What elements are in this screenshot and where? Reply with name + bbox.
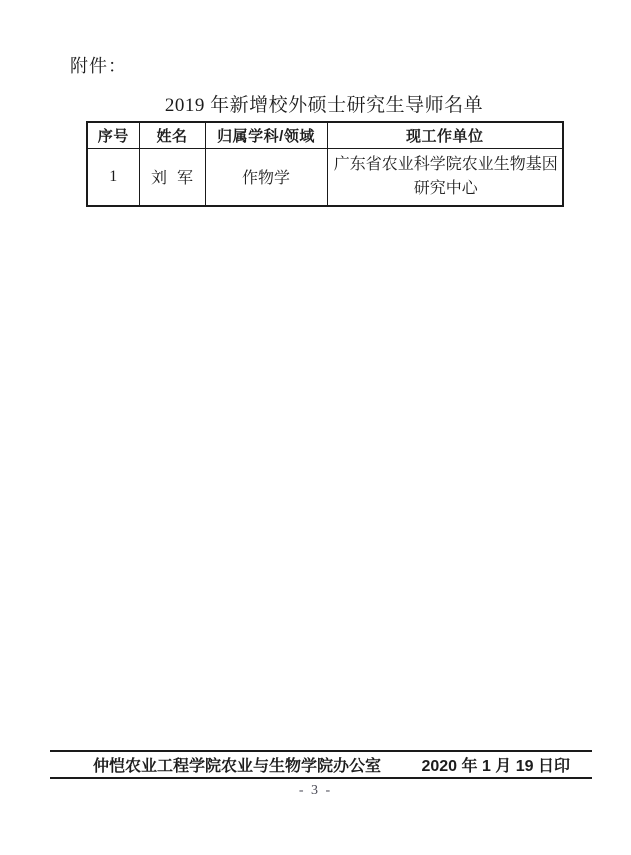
cell-serial-number: 1 (87, 148, 139, 206)
header-no: 序号 (87, 122, 139, 148)
cell-discipline: 作物学 (205, 148, 327, 206)
page-number: - 3 - (0, 783, 631, 799)
footer-office-name: 仲恺农业工程学院农业与生物学院办公室 (93, 753, 381, 776)
header-field: 归属学科/领域 (205, 122, 327, 148)
table-header-row: 序号 姓名 归属学科/领域 现工作单位 (87, 122, 563, 148)
footer-print-date: 2020 年 1 月 19 日印 (421, 753, 570, 776)
header-unit: 现工作单位 (327, 122, 563, 148)
attachment-label: 附件： (70, 52, 127, 78)
footer-band: 仲恺农业工程学院农业与生物学院办公室 2020 年 1 月 19 日印 (50, 750, 592, 779)
cell-supervisor-name: 刘 军 (139, 148, 205, 206)
supervisor-table: 序号 姓名 归属学科/领域 现工作单位 1 刘 军 作物学 广东省农业科学院农业… (86, 121, 564, 207)
cell-work-unit: 广东省农业科学院农业生物基因研究中心 (327, 148, 563, 206)
header-name: 姓名 (139, 122, 205, 148)
table-row: 1 刘 军 作物学 广东省农业科学院农业生物基因研究中心 (87, 148, 563, 206)
document-page: 附件： 2019 年新增校外硕士研究生导师名单 序号 姓名 归属学科/领域 现工… (0, 0, 631, 855)
document-title: 2019 年新增校外硕士研究生导师名单 (0, 90, 631, 117)
